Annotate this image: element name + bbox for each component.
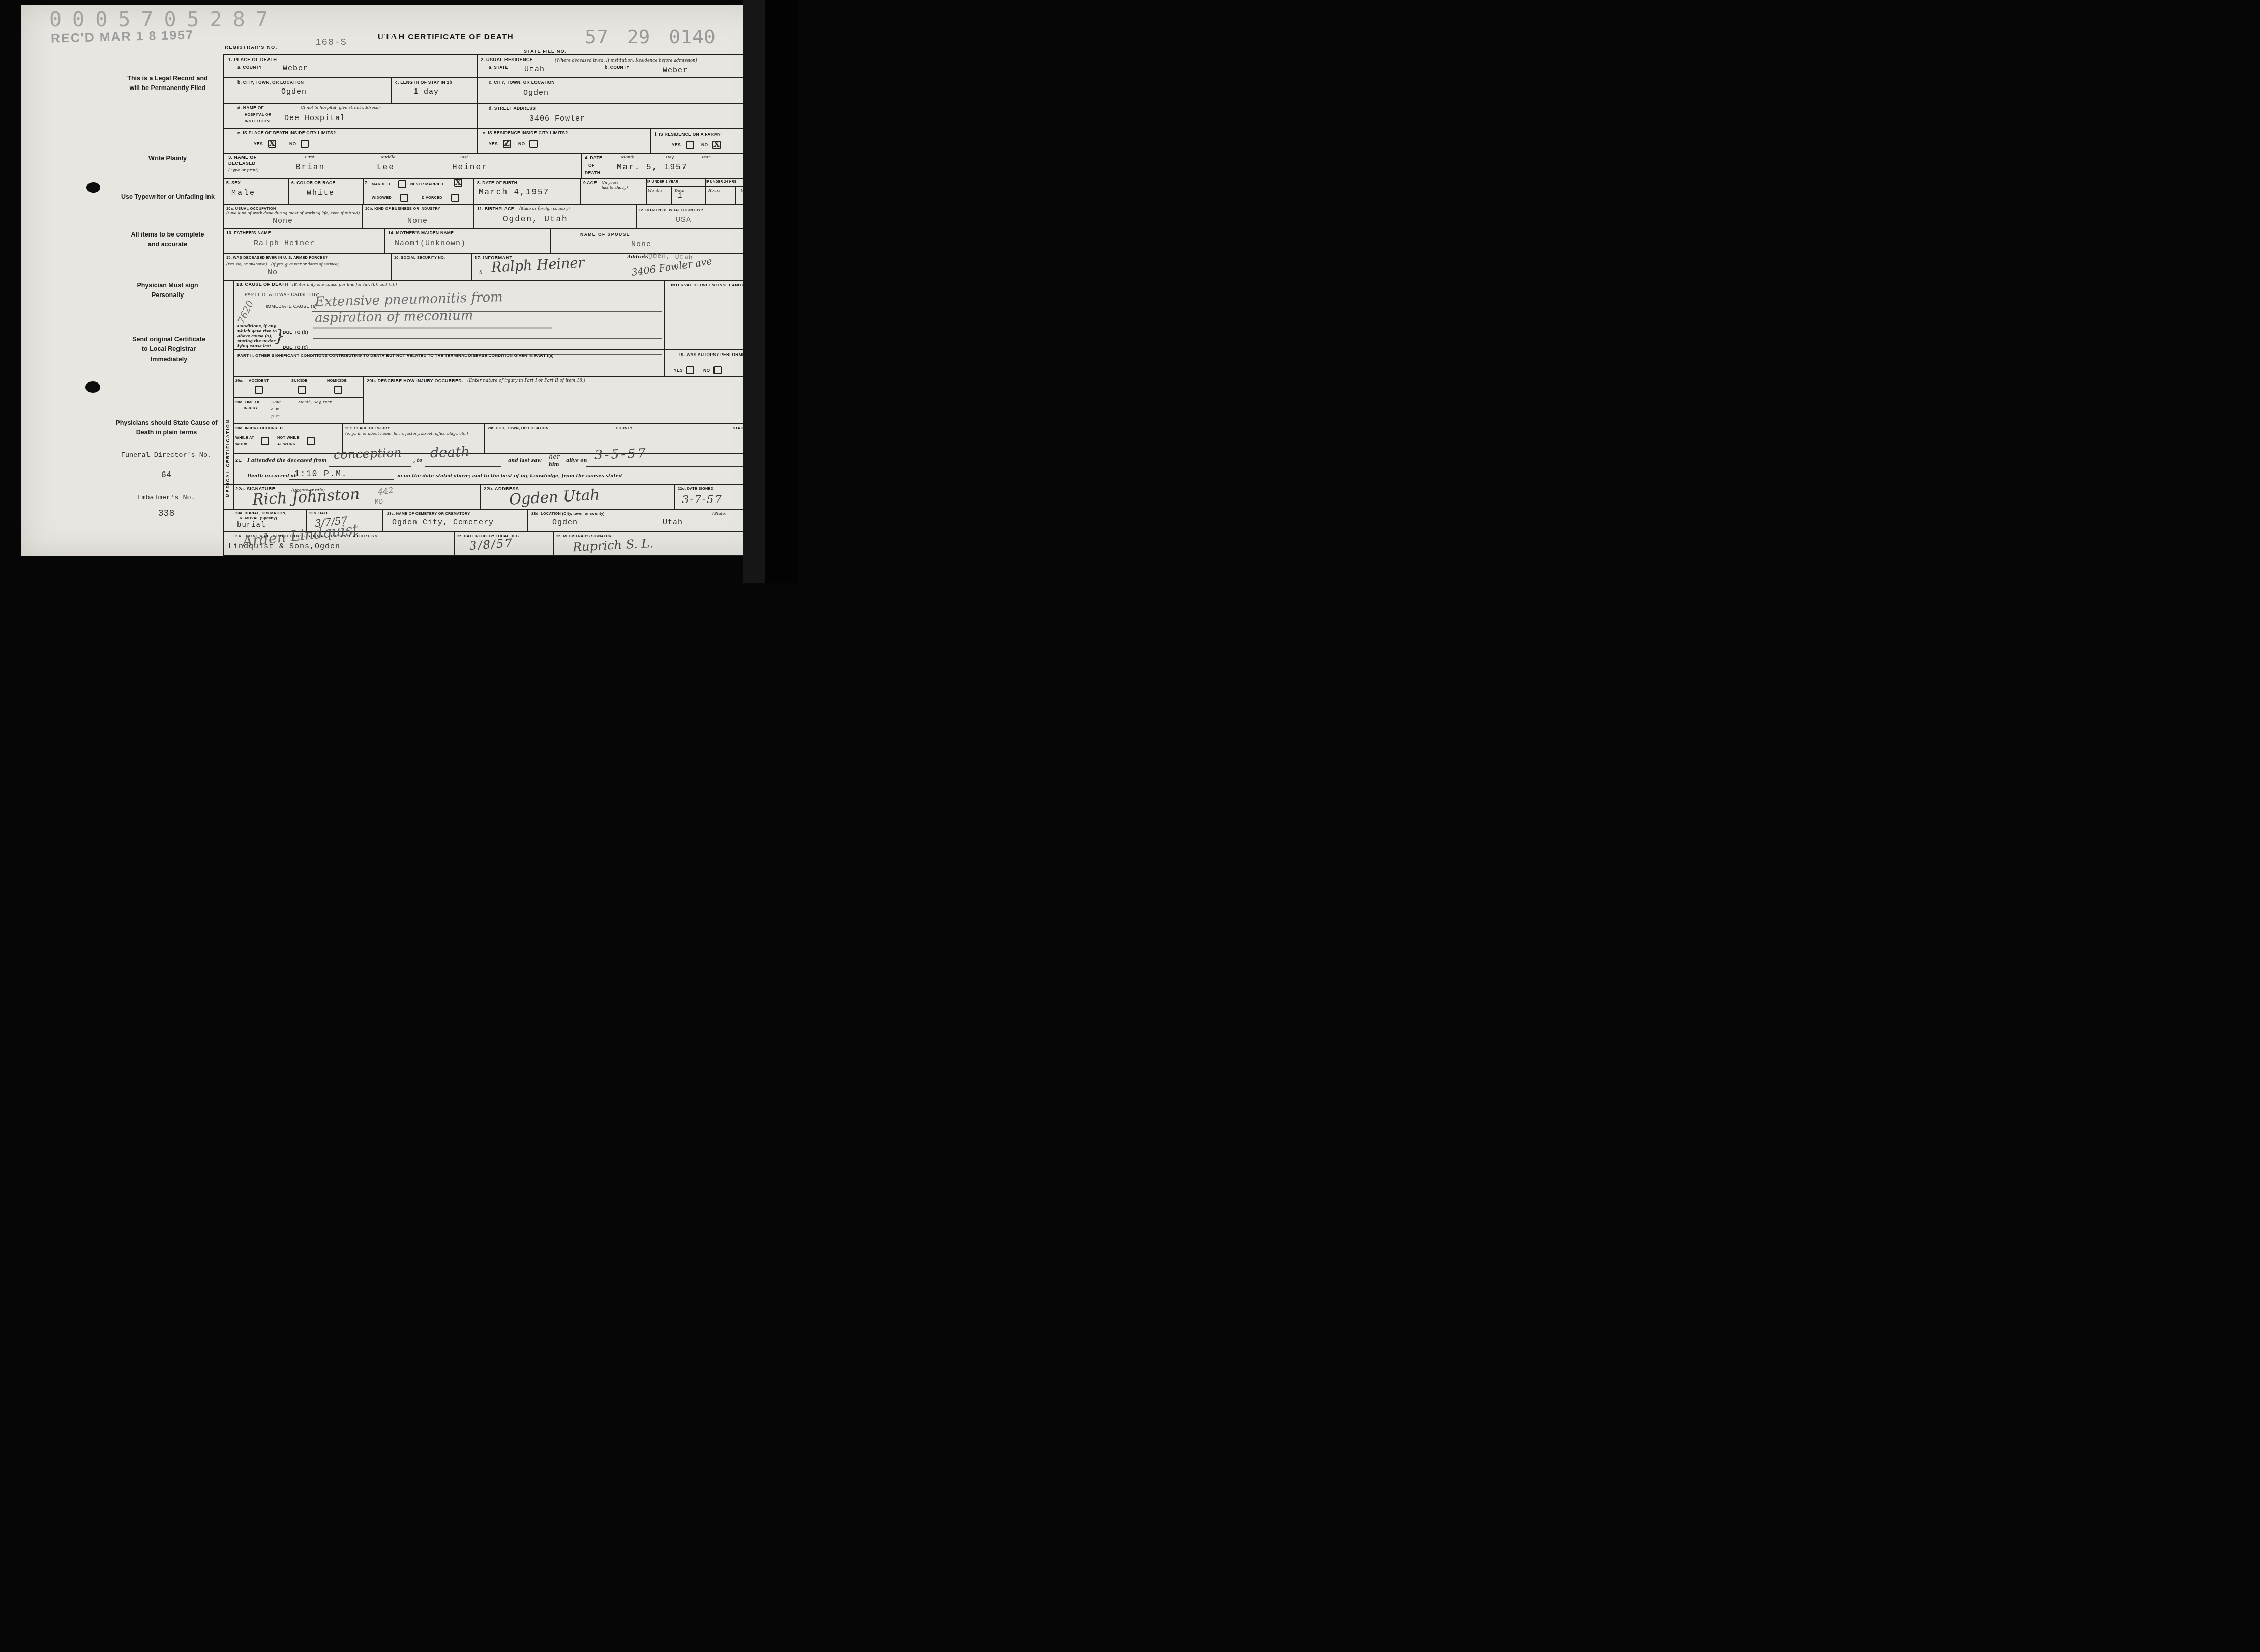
homicide-checkbox [334,386,342,394]
pod-city-label: b. CITY, TOWN, OR LOCATION [237,80,304,85]
attended-text-2: , to [413,458,422,463]
margin-all-items: All items to be complete and accurate [126,230,210,250]
medical-certification-vertical-label: MEDICAL CERTIFICATION [225,294,230,497]
form-title-utah: UTAH [377,32,406,41]
state-file-no-stamp: 57 29 0140 [585,25,716,48]
farm-no-checkbox: X [712,141,721,149]
autopsy-no-checkbox [713,366,722,374]
date-signed-label: 22c. DATE SIGNED [678,486,713,491]
widowed-label: WIDOWED [372,195,392,200]
never-married-mark: X [455,178,461,187]
cemetery-label: 23c. NAME OF CEMETERY OR CREMATORY [387,511,470,516]
divorced-label: DIVORCED [422,195,442,200]
injury-20a-num: 20a. [235,378,243,383]
autopsy-yes-checkbox [686,366,694,374]
citizen-value: USA [676,216,691,224]
burial-label-1: 23a. BURIAL, CREMATION, [235,511,286,515]
attended-from-value: conception [334,446,402,462]
suicide-checkbox [298,386,306,394]
hour-label: Hour [271,400,281,404]
marital-num: 7. [365,180,369,185]
suicide-label: SUICIDE [291,378,308,383]
cemetery-location-label: 23d. LOCATION (City, town, or county) [531,511,605,516]
physician-address-value: Ogden Utah [509,486,600,508]
married-label: MARRIED [372,182,390,186]
citizen-label: 12. CITIZEN OF WHAT COUNTRY? [639,208,703,212]
business-label: 10b. KIND OF BUSINESS OR INDUSTRY [365,206,440,211]
dod-label-3: DEATH [585,170,600,175]
homicide-label: HOMICIDE [327,378,347,383]
pod-county-label: a. COUNTY [237,65,262,70]
father-label: 13. FATHER'S NAME [226,230,271,235]
race-value: White [307,189,335,197]
margin-use-typewriter: Use Typewriter or Unfading Ink [117,192,219,202]
injury-city-label: 20f. CITY, TOWN, OR LOCATION [488,426,549,430]
res-limits-no-checkbox [529,140,538,148]
conditions-line-2: which gave rise to [237,329,277,333]
autopsy-no-label: NO [703,368,710,373]
spouse-label: NAME OF SPOUSE [580,232,630,237]
attended-him-label: him [549,462,559,467]
occupation-note: (Give kind of work done during most of w… [226,211,358,215]
first-name-value: Brian [295,163,325,172]
occupation-label: 10a. USUAL OCCUPATION [226,206,276,211]
residence-note: (Where deceased lived. If institution: R… [555,57,697,63]
funeral-director-value: Lindquist & Sons,Ogden [228,542,340,551]
burial-label-2: REMOVAL (Specify) [240,516,277,520]
res-county-value: Weber [663,66,688,75]
hospital-label-3: INSTITUTION [245,119,270,123]
autopsy-yes-label: YES [674,368,683,373]
hospital-note: (If not in hospital, give street address… [301,105,380,110]
received-date-stamp: REC'D MAR 1 8 1957 [51,27,194,46]
attended-num: 21. [235,458,243,463]
first-name-label: First [305,155,314,159]
not-while-label-2: AT WORK [277,441,295,446]
describe-injury-note: (Enter nature of injury in Part I or Par… [467,378,585,383]
birthplace-note: (State or foreign country) [519,206,570,211]
cemetery-value: Ogden City, Cemetery [392,518,494,527]
injury-occurred-label: 20d. INJURY OCCURRED [235,426,283,430]
last-name-value: Heiner [452,163,488,172]
last-name-label: Last [459,155,468,159]
not-while-label-1: NOT WHILE [277,435,300,440]
under-1-year-label: IF UNDER 1 YEAR [647,180,678,184]
pod-limits-no-label: NO [289,141,296,146]
state-file-no-label: STATE FILE NO. [524,49,567,54]
res-state-label: a. STATE [489,65,508,70]
registrar-signature: Ruprich S. L. [572,536,653,554]
hours-label: Hours [708,188,720,193]
divorced-checkbox [451,194,459,202]
deceased-title-2: DECEASED [228,161,255,166]
street-value: 3406 Fowler [529,114,585,123]
conditions-brace: } [274,326,285,346]
form-title-rest: CERTIFICATE OF DEATH [408,33,514,41]
injury-county-label: COUNTY [616,426,633,430]
hole-punch-bottom [85,381,100,393]
birthplace-value: Ogden, Utah [503,215,568,224]
funeral-directors-no-label: Funeral Director's No. [115,452,217,459]
never-married-label: NEVER MARRIED [410,182,443,186]
time-of-injury-label-1: 20c. TIME OF [235,400,260,404]
immediate-cause-label: IMMEDIATE CAUSE (a) [266,304,317,309]
place-of-death-title: 1. PLACE OF DEATH [228,57,277,62]
cemetery-location-state-label: (State) [712,511,727,516]
death-occurred-label: Death occurred at [247,473,296,479]
farm-no-mark: X [713,140,720,149]
deceased-note: (Type or print) [228,168,259,172]
month-day-year-label: Month, Day, Year [298,400,332,404]
margin-legal-record: This is a Legal Record and will be Perma… [126,74,210,94]
dob-label: 8. DATE OF BIRTH [477,180,517,185]
while-at-work-label-2: WORK [235,441,248,446]
registrar-signature-label: 26. REGISTRAR'S SIGNATURE [556,534,614,538]
attended-text-1: I attended the deceased from [247,458,326,463]
dod-label-1: 4. DATE [585,155,602,160]
due-to-c-label: DUE TO (c) [283,345,308,350]
race-label: 6. COLOR OR RACE [291,180,336,185]
residence-title: 2. USUAL RESIDENCE [481,57,533,62]
mother-value: Naomi(Unknown) [395,239,466,248]
dod-year-label: Year [701,155,710,159]
dod-month-label: Month [621,155,635,159]
res-limits-yes-checkbox: Z [503,140,511,148]
pm-label: p. m. [271,414,281,418]
attended-text-3: and last saw [508,458,542,463]
margin-state-cause: Physicians should State Cause of Death i… [112,418,221,438]
physician-signature-number: 442 [377,485,394,497]
scan-right-edge [765,0,797,583]
under-24-hrs-label: IF UNDER 24 HRS. [706,180,738,184]
while-at-work-label-1: WHILE AT [235,435,254,440]
armed-forces-note-1: (Yes, no, or unknown) [226,262,267,267]
farm-no-label: NO [701,142,708,147]
attended-her-struck: her [549,453,560,461]
conditions-line-4: stating the under- [237,339,277,343]
place-of-injury-note: (e. g., in or about home, farm, factory,… [345,431,467,436]
registrars-no-label: REGISTRAR'S NO. [225,45,278,50]
res-city-label: c. CITY, TOWN, OR LOCATION [489,80,555,85]
armed-forces-note-2: (If yes, give war or dates of service) [271,262,339,267]
pod-limits-yes-checkbox: X [268,140,276,148]
burial-date-label: 23b. DATE [309,511,329,515]
street-label: d. STREET ADDRESS [489,106,536,111]
cause-title: 18. CAUSE OF DEATH [236,282,288,287]
pod-city-value: Ogden [281,87,307,96]
res-county-label: b. COUNTY [605,65,630,70]
mother-label: 14. MOTHER'S MAIDEN NAME [388,230,454,235]
margin-write-plainly: Write Plainly [121,154,215,163]
middle-name-label: Middle [381,155,395,159]
attended-text-4: alive on [566,458,587,463]
ssn-label: 16. SOCIAL SECURITY NO. [394,255,445,260]
farm-yes-label: YES [672,142,681,147]
margin-code-7620: 7620 [235,299,256,326]
farm-label: f. IS RESIDENCE ON A FARM? [655,132,721,137]
widowed-checkbox [400,194,408,202]
pod-limits-no-checkbox [301,140,309,148]
res-limits-no-label: NO [518,141,525,146]
form-title: UTAH CERTIFICATE OF DEATH [377,32,514,42]
married-checkbox [398,180,406,188]
funeral-directors-no-value: 64 [115,470,217,480]
age-label: 9 AGE [583,180,597,185]
res-city-value: Ogden [523,88,549,97]
father-value: Ralph Heiner [254,239,315,248]
conditions-line-1: Conditions, if any, [237,323,277,328]
sex-label: 5. SEX [226,180,241,185]
cemetery-location-state: Utah [663,518,683,527]
dod-day-label: Day [666,155,674,159]
age-note-1: (In years [602,180,619,185]
embalmers-no-label: Embalmer's No. [115,494,217,502]
describe-injury-label: 20b. DESCRIBE HOW INJURY OCCURRED. [367,378,463,383]
cemetery-location-city: Ogden [552,518,578,527]
conditions-line-3: above cause (a), [237,334,273,338]
death-occurred-text: m on the date stated above; and to the b… [397,473,622,479]
embalmers-no-value: 338 [115,509,217,519]
farm-yes-checkbox [686,141,694,149]
due-to-b-label: DUE TO (b) [283,330,308,335]
certificate-paper: 0005705287 REC'D MAR 1 8 1957 REGISTRAR'… [21,5,764,556]
scan-right-band [743,0,765,583]
business-value: None [407,217,428,225]
hospital-label-2: HOSPITAL OR [245,112,272,117]
stay-label: c. LENGTH OF STAY IN 1b [395,80,452,85]
res-limits-label: e. IS RESIDENCE INSIDE CITY LIMITS? [483,130,568,135]
pod-county-value: Weber [283,64,308,73]
accident-checkbox [255,386,263,394]
middle-name-value: Lee [377,163,395,172]
cause-line-1: Extensive pneumonitis from [315,289,503,310]
part1-label: PART I. DEATH WAS CAUSED BY: [245,292,319,297]
time-of-injury-label-2: INJURY [244,406,258,410]
am-label: a. m. [271,407,281,411]
physician-md: MD [375,498,383,506]
certificate-form: 1. PLACE OF DEATH a. COUNTY Weber 2. USU… [223,54,766,556]
stay-value: 1 day [413,87,439,96]
hospital-label-1: d. NAME OF [237,105,264,110]
date-received-value: 3/8/57 [469,537,514,553]
sex-value: Male [231,189,256,197]
never-married-checkbox: X [454,179,462,187]
dod-label-2: OF [588,163,594,168]
armed-forces-value: No [267,268,278,277]
occupation-value: None [273,217,293,225]
date-signed-value: 3-7-57 [682,493,723,506]
not-while-checkbox [307,437,315,445]
conditions-line-5: lying cause last. [237,344,273,348]
months-label: Months [648,188,663,193]
deceased-title-1: 3. NAME OF [228,155,257,160]
margin-send-original: Send original Certificate to Local Regis… [131,335,207,364]
dod-value: Mar. 5, 1957 [617,163,688,172]
dob-value: March 4,1957 [479,188,549,197]
registrars-no-value: 168-S [315,37,347,48]
attended-alive-value: 3-5-57 [594,446,648,462]
informant-x-mark: x [479,268,483,276]
res-limits-yes-mark: Z [504,139,510,148]
res-limits-yes-label: YES [489,141,498,146]
cause-title-note: [Enter only one cause per line for (a), … [292,282,397,287]
days-value: 1 [678,192,682,200]
margin-physician-sign: Physician Must sign Personally [131,281,204,301]
pod-limits-yes-label: YES [254,141,263,146]
burial-value: burial [237,521,265,529]
while-at-work-checkbox [261,437,269,445]
hospital-value: Dee Hospital [284,114,345,123]
place-of-injury-label: 20e. PLACE OF INJURY [345,426,390,430]
cause-line-2: aspiration of meconium [315,308,473,326]
part2-label: PART II. OTHER SIGNIFICANT CONDITIONS CO… [237,353,660,358]
armed-forces-label: 15. WAS DECEASED EVER IN U. S. ARMED FOR… [226,255,328,260]
accident-label: ACCIDENT [249,378,269,383]
pod-limits-yes-mark: X [269,139,275,148]
age-note-2: last birthday) [602,185,628,190]
scanned-death-certificate: 0005705287 REC'D MAR 1 8 1957 REGISTRAR'… [0,0,797,583]
spouse-value: None [631,240,651,249]
hole-punch-top [86,182,100,193]
pod-limits-label: e. IS PLACE OF DEATH INSIDE CITY LIMITS? [237,130,336,135]
birthplace-label: 11. BIRTHPLACE [477,206,514,211]
death-time-value: 1:10 P.M. [294,469,347,479]
res-state-value: Utah [524,65,545,74]
attended-to-value: death [430,444,470,461]
